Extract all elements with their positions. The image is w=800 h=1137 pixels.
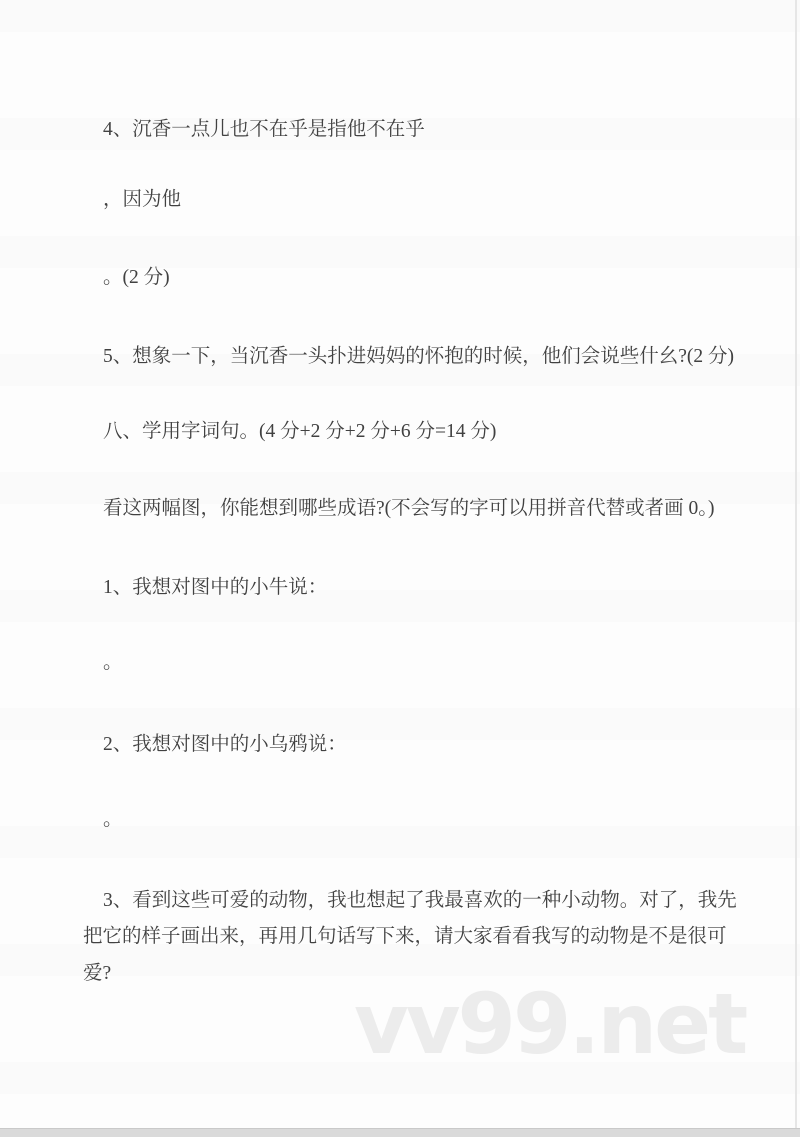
line-item-2-period: 。 xyxy=(103,808,123,832)
scan-texture xyxy=(0,0,800,1137)
line-answer-blank-score: 。(2 分) xyxy=(103,266,170,290)
line-section-eight-header: 八、学用字词句。(4 分+2 分+2 分+6 分=14 分) xyxy=(103,420,496,444)
document-page: vv99.net 4、沉香一点儿也不在乎是指他不在乎 ，因为他 。(2 分) 5… xyxy=(0,0,800,1137)
page-edge-bottom xyxy=(0,1128,800,1137)
line-question-5: 5、想象一下，当沉香一头扑进妈妈的怀抱的时候，他们会说些什幺?(2 分) xyxy=(103,345,734,369)
line-item-2: 2、我想对图中的小乌鸦说： xyxy=(103,733,347,757)
line-item-1: 1、我想对图中的小牛说： xyxy=(103,576,327,600)
line-item-3-part-1: 3、看到这些可爱的动物，我也想起了我最喜欢的一种小动物。对了，我先 xyxy=(103,889,737,913)
line-question-4: 4、沉香一点儿也不在乎是指他不在乎 xyxy=(103,118,425,142)
watermark: vv99.net xyxy=(354,982,745,1066)
line-item-3-part-2: 把它的样子画出来，再用几句话写下来，请大家看看我写的动物是不是很可 xyxy=(83,925,727,949)
line-item-3-part-3: 爱? xyxy=(83,962,111,986)
line-item-1-period: 。 xyxy=(103,651,123,675)
line-answer-blank-comma: ，因为他 xyxy=(103,188,181,212)
page-edge-right xyxy=(795,0,797,1129)
line-idiom-prompt: 看这两幅图，你能想到哪些成语?(不会写的字可以用拼音代替或者画 0。) xyxy=(103,497,715,521)
